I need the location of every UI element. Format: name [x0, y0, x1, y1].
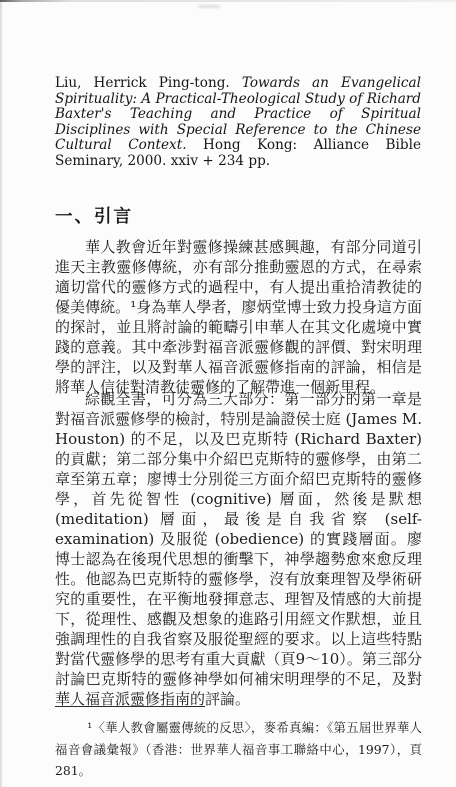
- scan-smudge-artifact: [198, 5, 220, 8]
- footnote: ¹〈華人教會屬靈傳統的反思〉，麥希真編：《第五屆世界華人福音會議彙報》（香港：世…: [55, 717, 422, 782]
- section-heading: 一、引言: [55, 203, 133, 228]
- scan-left-edge-artifact: [0, 0, 3, 787]
- body-paragraph-1: 華人教會近年對靈修操練甚感興趣，有部分同道引進天主教靈修傳統，亦有部分推動靈恩的…: [55, 237, 422, 397]
- document-page: Liu, Herrick Ping-tong. Towards an Evang…: [0, 0, 456, 787]
- citation: Liu, Herrick Ping-tong. Towards an Evang…: [55, 76, 421, 170]
- scan-top-edge-artifact: [0, 0, 456, 2]
- footnote-divider: [55, 706, 205, 707]
- body-paragraph-2: 綜觀全書，可分為三大部分：第一部分的第一章是對福音派靈修學的檢討，特別是論證侯士…: [55, 389, 422, 709]
- citation-author: Liu, Herrick Ping-tong.: [55, 75, 242, 91]
